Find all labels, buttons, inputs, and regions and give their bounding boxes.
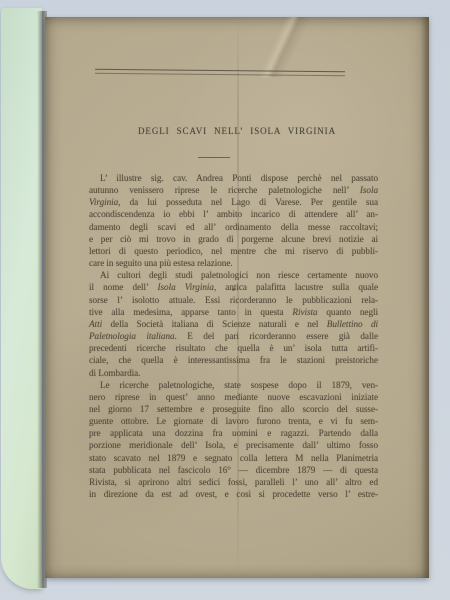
header-rule xyxy=(95,69,345,76)
text-line: L’ illustre sig. cav. Andrea Ponti dispo… xyxy=(89,172,378,184)
page-title: DEGLI SCAVI NELL’ ISOLA VIRGINIA xyxy=(45,126,429,136)
text-line: guente ottobre. Le giornate di lavoro fu… xyxy=(89,415,378,427)
text-line: Atti della Società italiana di Scienze n… xyxy=(89,318,378,330)
page-edge-smudge xyxy=(421,17,429,578)
text-line: tive alla medesima, apparse tanto in que… xyxy=(89,306,378,318)
text-line: Le ricerche paletnologiche, state sospes… xyxy=(89,379,378,391)
body-text: L’ illustre sig. cav. Andrea Ponti dispo… xyxy=(89,172,378,500)
text-line: accondiscendenza io ebbi l’ ambito incar… xyxy=(89,208,378,220)
text-line: Rivista, si aprirono altri sedici fossi,… xyxy=(89,476,378,488)
page-fold-crease xyxy=(245,17,315,77)
text-line: damento degli scavi ed all’ ordinamento … xyxy=(89,221,378,233)
text-line: pre applicata una dozzina fra uomini e r… xyxy=(89,427,378,439)
photo-backdrop: DEGLI SCAVI NELL’ ISOLA VIRGINIA L’ illu… xyxy=(0,0,450,600)
text-line: autunno venissero riprese le ricerche pa… xyxy=(89,184,378,196)
booklet-cover-edge xyxy=(1,8,42,589)
text-line: care in seguito una più estesa relazione… xyxy=(89,257,378,269)
text-line: porzione meridionale dell’ Isola, e prec… xyxy=(89,439,378,451)
text-line: di Lombardia. xyxy=(89,367,378,379)
text-line: nel giorno 17 settembre e proseguite fin… xyxy=(89,403,378,415)
text-line: sorse l’ isolotto attuale. Essi ricorder… xyxy=(89,294,378,306)
text-line: lettori di questo periodico, nel mentre … xyxy=(89,245,378,257)
text-line: il nome dell’ Isola Virginia, antica pal… xyxy=(89,281,378,293)
text-line: precedenti ricerche risultato che quella… xyxy=(89,342,378,354)
text-line: in direzione da est ad ovest, e così si … xyxy=(89,488,378,500)
text-line: e per ciò mi trovo in grado di porgerne … xyxy=(89,233,378,245)
booklet-page: DEGLI SCAVI NELL’ ISOLA VIRGINIA L’ illu… xyxy=(45,17,429,578)
text-line: Ai cultori degli studi paletnologici non… xyxy=(89,269,378,281)
text-line: stato scavato nel 1879 e segnato colla l… xyxy=(89,452,378,464)
text-line: ciale, che quella è interessantissima fr… xyxy=(89,354,378,366)
text-line: Virginia, da lui posseduta nel Lago di V… xyxy=(89,196,378,208)
text-line: nero riprese in quest’ anno mediante nuo… xyxy=(89,391,378,403)
text-line: Paletnologia italiana. E del pari ricord… xyxy=(89,330,378,342)
text-line: stata pubblicata nel fascicolo 16° — dic… xyxy=(89,464,378,476)
title-divider xyxy=(198,157,230,158)
